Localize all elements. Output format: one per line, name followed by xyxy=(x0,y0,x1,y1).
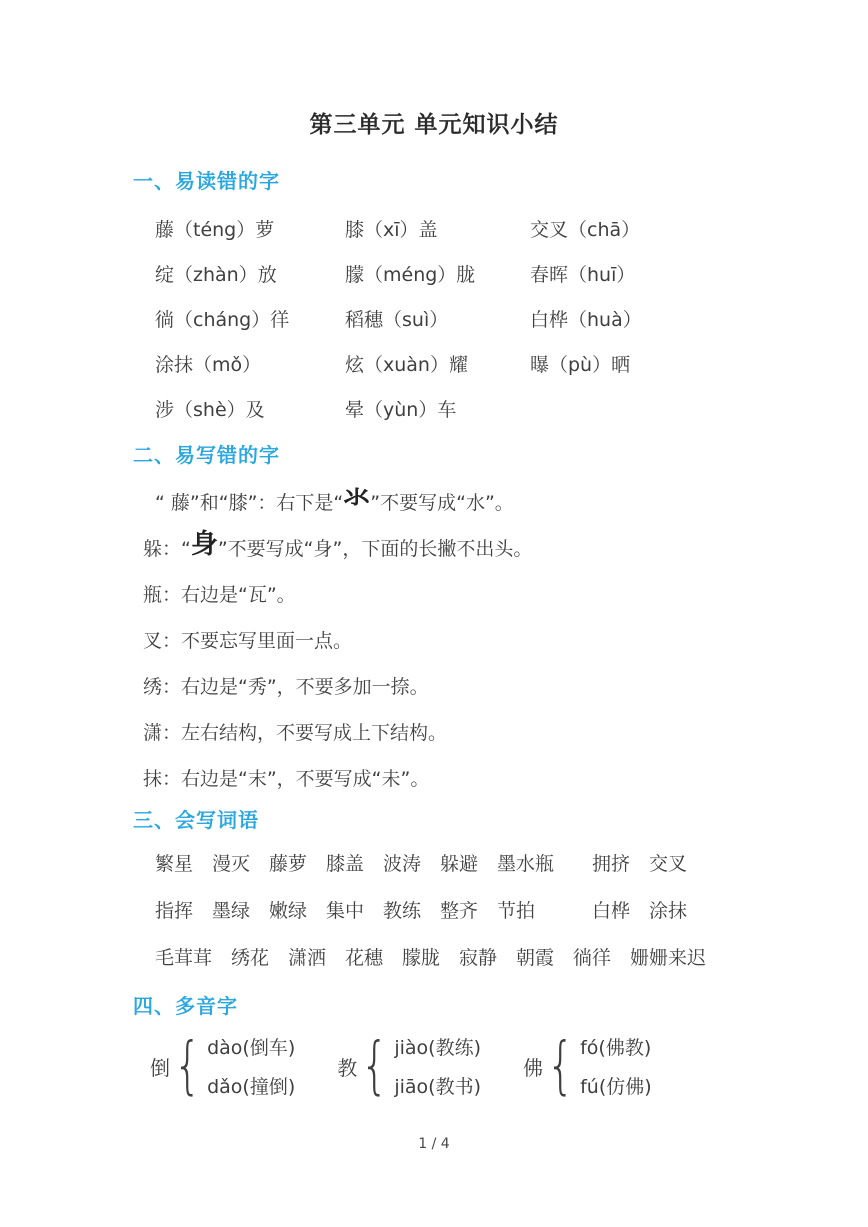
enlarged-glyph: 氺 xyxy=(343,485,370,512)
note-text: 躲：“ xyxy=(143,534,191,561)
page-number: 1 / 4 xyxy=(0,1136,868,1152)
pinyin-item: 曝（pù）晒 xyxy=(530,341,868,386)
section-two-heading: 二、易写错的字 xyxy=(133,439,868,468)
section-one-heading: 一、易读错的字 xyxy=(133,165,868,194)
enlarged-glyph: 身 xyxy=(191,531,218,558)
polyphone-list: 倒{dào(倒车)dǎo(撞倒)教{jiào(教练)jiāo(教书)佛{fó(佛… xyxy=(150,1033,868,1099)
note-line: 潇：左右结构，不要写成上下结构。 xyxy=(143,708,868,754)
section-three-heading: 三、会写词语 xyxy=(133,804,868,833)
note-line: 叉：不要忘写里面一点。 xyxy=(143,616,868,662)
polyphone-reading: dào(倒车) xyxy=(207,1033,295,1060)
note-line: 绣：右边是“秀”，不要多加一捺。 xyxy=(143,662,868,708)
pinyin-item: 涂抹（mǒ） xyxy=(155,341,345,386)
polyphone-character: 教 xyxy=(337,1052,357,1081)
pinyin-item: 炫（xuàn）耀 xyxy=(345,341,530,386)
pinyin-item: 春晖（huī） xyxy=(530,251,868,296)
section-four-heading: 四、多音字 xyxy=(133,990,868,1019)
pinyin-item: 膝（xī）盖 xyxy=(345,206,530,251)
note-text: ”不要写成“水”。 xyxy=(370,488,514,515)
pinyin-item xyxy=(530,386,868,431)
note-text: 绣：右边是“秀”，不要多加一捺。 xyxy=(143,672,429,699)
note-text: 抹：右边是“末”，不要写成“未”。 xyxy=(143,764,429,791)
pinyin-item: 绽（zhàn）放 xyxy=(155,251,345,296)
note-text: “ 藤”和“膝”：右下是“ xyxy=(155,488,343,515)
polyphone-readings: fó(佛教)fú(仿佛) xyxy=(580,1033,652,1099)
pinyin-item: 稻穗（suì） xyxy=(345,296,530,341)
polyphone-reading: fú(仿佛) xyxy=(580,1072,652,1099)
pinyin-item: 交叉（chā） xyxy=(530,206,868,251)
note-line: 瓶：右边是“瓦”。 xyxy=(143,570,868,616)
polyphone-readings: dào(倒车)dǎo(撞倒) xyxy=(207,1033,295,1099)
polyphone-character: 佛 xyxy=(523,1052,543,1081)
word-list: 繁星 漫灭 藤萝 膝盖 波涛 躲避 墨水瓶 拥挤 交叉指挥 墨绿 嫩绿 集中 教… xyxy=(0,841,868,982)
easy-miswrite-list: “ 藤”和“膝”：右下是“氺”不要写成“水”。躲：“身”不要写成“身”，下面的长… xyxy=(0,478,868,800)
note-text: 潇：左右结构，不要写成上下结构。 xyxy=(143,718,447,745)
pinyin-item: 藤（téng）萝 xyxy=(155,206,345,251)
word-row: 毛茸茸 绣花 潇洒 花穗 朦胧 寂静 朝霞 徜徉 姗姗来迟 xyxy=(155,935,868,982)
polyphone-group: 倒{dào(倒车)dǎo(撞倒) xyxy=(150,1033,295,1099)
pinyin-item: 朦（méng）胧 xyxy=(345,251,530,296)
polyphone-character: 倒 xyxy=(150,1052,170,1081)
note-text: 叉：不要忘写里面一点。 xyxy=(143,626,352,653)
polyphone-reading: jiào(教练) xyxy=(394,1033,481,1060)
page-title: 第三单元 单元知识小结 xyxy=(0,0,868,139)
note-line: 躲：“身”不要写成“身”，下面的长撇不出头。 xyxy=(143,524,868,570)
brace-glyph: { xyxy=(361,1035,389,1097)
polyphone-reading: dǎo(撞倒) xyxy=(207,1072,295,1099)
pinyin-item: 白桦（huà） xyxy=(530,296,868,341)
polyphone-group: 教{jiào(教练)jiāo(教书) xyxy=(337,1033,481,1099)
word-row: 指挥 墨绿 嫩绿 集中 教练 整齐 节拍 白桦 涂抹 xyxy=(155,888,868,935)
brace-glyph: { xyxy=(546,1035,574,1097)
note-text: 瓶：右边是“瓦”。 xyxy=(143,580,296,607)
note-line: 抹：右边是“末”，不要写成“未”。 xyxy=(143,754,868,800)
note-line: “ 藤”和“膝”：右下是“氺”不要写成“水”。 xyxy=(155,478,868,524)
pinyin-item: 晕（yùn）车 xyxy=(345,386,530,431)
polyphone-reading: fó(佛教) xyxy=(580,1033,652,1060)
pinyin-item: 涉（shè）及 xyxy=(155,386,345,431)
polyphone-group: 佛{fó(佛教)fú(仿佛) xyxy=(523,1033,652,1099)
polyphone-reading: jiāo(教书) xyxy=(394,1072,481,1099)
pinyin-item: 徜（cháng）徉 xyxy=(155,296,345,341)
brace-glyph: { xyxy=(173,1035,201,1097)
document-page: 第三单元 单元知识小结 一、易读错的字 藤（téng）萝膝（xī）盖交叉（chā… xyxy=(0,0,868,1227)
word-row: 繁星 漫灭 藤萝 膝盖 波涛 躲避 墨水瓶 拥挤 交叉 xyxy=(155,841,868,888)
easy-misread-list: 藤（téng）萝膝（xī）盖交叉（chā）绽（zhàn）放朦（méng）胧春晖（… xyxy=(155,206,868,431)
polyphone-readings: jiào(教练)jiāo(教书) xyxy=(394,1033,481,1099)
note-text: ”不要写成“身”，下面的长撇不出头。 xyxy=(218,534,533,561)
